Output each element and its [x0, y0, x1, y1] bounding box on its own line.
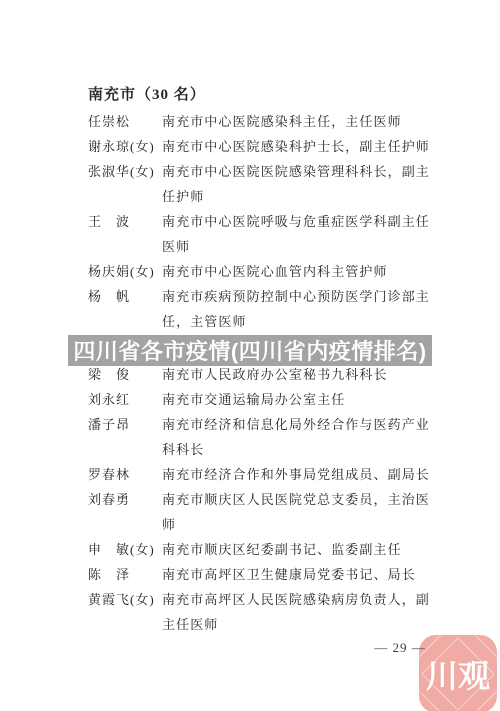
title-line: 南充市顺庆区人民医院党总支委员，主治医 [162, 487, 434, 512]
roster-row: 潘子昂南充市经济和信息化局外经合作与医药产业科科长 [88, 412, 434, 462]
roster-row: 张淑华(女)南充市中心医院医院感染管理科科长，副主任护师 [88, 159, 434, 209]
roster-row: 杨 帆南充市疾病预防控制中心预防医学门诊部主任，主管医师 [88, 284, 434, 334]
roster-row: 谢永琼(女)南充市中心医院感染科护士长，副主任护师 [88, 134, 434, 159]
section-heading: 南充市（30 名） [88, 86, 434, 109]
title-line: 南充市高坪区人民医院感染病房负责人，副 [162, 587, 434, 612]
title-line: 师 [162, 512, 434, 537]
title-line: 南充市中心医院心血管内科主管护师 [162, 259, 434, 284]
person-title: 南充市交通运输局办公室主任 [162, 387, 434, 412]
person-name: 谢永琼(女) [88, 134, 162, 159]
person-title: 南充市中心医院医院感染管理科科长，副主任护师 [162, 159, 434, 209]
person-title: 南充市疾病预防控制中心预防医学门诊部主任，主管医师 [162, 284, 434, 334]
roster-row: 陈 泽南充市高坪区卫生健康局党委书记、局长 [88, 562, 434, 587]
title-line: 任，主管医师 [162, 309, 434, 334]
person-title: 南充市顺庆区纪委副书记、监委副主任 [162, 537, 434, 562]
person-name: 杨庆娟(女) [88, 259, 162, 284]
person-title: 南充市经济和信息化局外经合作与医药产业科科长 [162, 412, 434, 462]
title-line: 医师 [162, 234, 434, 259]
person-name: 杨 帆 [88, 284, 162, 309]
page-number: — 29 — [358, 640, 442, 656]
person-name: 王 波 [88, 209, 162, 234]
roster-row: 刘永红南充市交通运输局办公室主任 [88, 387, 434, 412]
overlay-banner: 四川省各市疫情(四川省内疫情排名) [68, 335, 432, 366]
title-line: 南充市疾病预防控制中心预防医学门诊部主 [162, 284, 434, 309]
roster-row: 任崇松南充市中心医院感染科主任，主任医师 [88, 109, 434, 134]
person-title: 南充市中心医院呼吸与危重症医学科副主任医师 [162, 209, 434, 259]
roster-row: 王 波南充市中心医院呼吸与危重症医学科副主任医师 [88, 209, 434, 259]
document-page: 南充市（30 名） 任崇松南充市中心医院感染科主任，主任医师谢永琼(女)南充市中… [0, 0, 500, 711]
title-line: 任护师 [162, 184, 434, 209]
person-title: 南充市中心医院感染科主任，主任医师 [162, 109, 434, 134]
title-line: 南充市中心医院呼吸与危重症医学科副主任 [162, 209, 434, 234]
roster-rows: 任崇松南充市中心医院感染科主任，主任医师谢永琼(女)南充市中心医院感染科护士长，… [88, 109, 434, 637]
chuanguan-logo-text: 川观 [426, 658, 490, 694]
roster-row: 刘春勇南充市顺庆区人民医院党总支委员，主治医师 [88, 487, 434, 537]
roster-row: 罗春林南充市经济合作和外事局党组成员、副局长 [88, 462, 434, 487]
title-line: 主任医师 [162, 612, 434, 637]
person-name: 申 敏(女) [88, 537, 162, 562]
person-name: 任崇松 [88, 109, 162, 134]
person-title: 南充市顺庆区人民医院党总支委员，主治医师 [162, 487, 434, 537]
roster-row: 杨庆娟(女)南充市中心医院心血管内科主管护师 [88, 259, 434, 284]
title-line: 南充市高坪区卫生健康局党委书记、局长 [162, 562, 434, 587]
title-line: 南充市经济合作和外事局党组成员、副局长 [162, 462, 434, 487]
person-title: 南充市中心医院感染科护士长，副主任护师 [162, 134, 434, 159]
title-line: 科科长 [162, 437, 434, 462]
person-name: 罗春林 [88, 462, 162, 487]
person-name: 陈 泽 [88, 562, 162, 587]
title-line: 南充市中心医院医院感染管理科科长，副主 [162, 159, 434, 184]
person-name: 潘子昂 [88, 412, 162, 437]
title-line: 南充市中心医院感染科主任，主任医师 [162, 109, 434, 134]
title-line: 南充市交通运输局办公室主任 [162, 387, 434, 412]
roster-row: 申 敏(女)南充市顺庆区纪委副书记、监委副主任 [88, 537, 434, 562]
roster-row: 黄霞飞(女)南充市高坪区人民医院感染病房负责人，副主任医师 [88, 587, 434, 637]
person-title: 南充市高坪区卫生健康局党委书记、局长 [162, 562, 434, 587]
person-name: 张淑华(女) [88, 159, 162, 184]
person-name: 刘春勇 [88, 487, 162, 512]
person-name: 刘永红 [88, 387, 162, 412]
title-line: 南充市经济和信息化局外经合作与医药产业 [162, 412, 434, 437]
person-name: 黄霞飞(女) [88, 587, 162, 612]
person-title: 南充市高坪区人民医院感染病房负责人，副主任医师 [162, 587, 434, 637]
person-title: 南充市经济合作和外事局党组成员、副局长 [162, 462, 434, 487]
person-title: 南充市中心医院心血管内科主管护师 [162, 259, 434, 284]
title-line: 南充市中心医院感染科护士长，副主任护师 [162, 134, 434, 159]
overlay-banner-text: 四川省各市疫情(四川省内疫情排名) [73, 335, 426, 366]
title-line: 南充市顺庆区纪委副书记、监委副主任 [162, 537, 434, 562]
